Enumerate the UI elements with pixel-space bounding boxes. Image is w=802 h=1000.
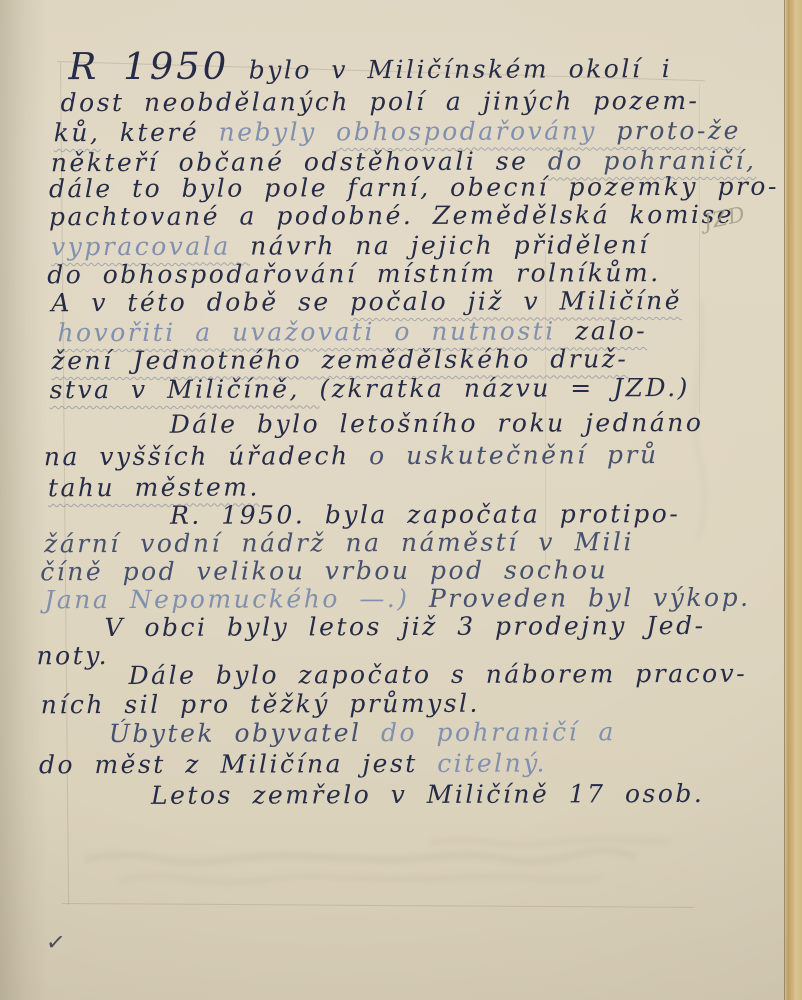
text-segment: žární vodní nádrž na náměstí v Mili [44,527,634,558]
manuscript-text: R 1950 bylo v Miličínském okolí idost ne… [0,0,802,1000]
text-segment: ních sil pro těžký průmysl. [41,689,480,720]
text-segment: A v této době se [51,287,350,317]
handwritten-line: dále to bylo pole farní, obecní pozemky … [49,173,779,203]
handwritten-line: Dále bylo započato s náborem pracov- [129,660,748,690]
handwritten-line: R. 1950. byla započata protipo- [170,500,680,529]
handwritten-line: pachtované a podobné. Zemědělská komise [49,201,734,231]
text-segment: Proveden byl výkop. [429,583,751,613]
text-segment: Dále bylo letošního roku jednáno [170,408,704,439]
text-segment: nebyly [219,117,337,146]
handwritten-line: hovořiti a uvažovati o nutnosti zalo- [57,317,647,347]
text-segment: Jana Nepomuckého —.) [44,584,429,614]
text-segment: proto-že [616,116,741,145]
text-segment: vypracovala [51,232,250,262]
text-segment: tahu městem. [48,472,260,502]
handwritten-line: stva v Miličíně, (zkratka názvu = JZD.) [50,374,690,404]
handwritten-line: dost neobdělaných polí a jiných pozem- [61,87,700,117]
handwritten-line: do měst z Miličína jest citelný. [39,749,547,778]
handwritten-line: číně pod velikou vrbou pod sochou [40,556,608,585]
handwritten-line: ků, které nebyly obhospodařovány proto-ž… [54,117,741,147]
handwritten-line: Úbytek obyvatel do pohraničí a [109,718,616,747]
handwritten-line: na vyšších úřadech o uskutečnění prů [44,441,659,471]
text-segment: Úbytek obyvatel [109,718,381,748]
text-segment: V obci byly letos již 3 prodejny Jed- [104,611,705,642]
handwritten-line: Dále bylo letošního roku jednáno [170,409,704,438]
text-segment: (zkratka názvu = JZD.) [319,373,690,403]
handwritten-line: žení Jednotného zemědělského druž- [51,345,628,375]
handwritten-line: do obhospodařování místním rolníkům. [47,259,660,289]
handwritten-line: Letos zemřelo v Miličíně 17 osob. [151,780,704,809]
check-mark: ✓ [45,929,67,957]
text-segment: hovořiti a uvažovati o nutnosti [57,316,575,347]
handwritten-line: Jana Nepomuckého —.) Proveden byl výkop. [44,584,750,614]
text-segment: do obhospodařování místním rolníkům. [47,258,661,289]
handwritten-line: V obci byly letos již 3 prodejny Jed- [104,612,705,642]
handwritten-line: ních sil pro těžký průmysl. [41,690,480,719]
handwritten-line: R 1950 bylo v Miličínském okolí i [68,45,672,88]
text-segment: do měst z Miličína jest [39,749,437,779]
text-segment: stva v Miličíně, [50,374,320,404]
text-segment: citelný. [437,748,547,777]
text-segment: počalo již v Miličíně [350,286,682,316]
handwritten-line: noty. [36,642,109,670]
text-segment: žení Jednotného zemědělského druž- [51,344,628,375]
handwritten-line: tahu městem. [48,473,260,501]
text-segment: které [100,118,218,147]
text-segment: bylo v Miličínském okolí i [229,54,672,85]
text-segment: Dále bylo započato s náborem pracov- [129,659,748,690]
text-segment: Letos zemřelo v Miličíně 17 osob. [151,779,704,810]
text-segment: pachtované a podobné. Zemědělská komise [49,200,734,231]
handwritten-line: vypracovala návrh na jejich přidělení [51,231,650,261]
text-segment: zalo- [575,316,647,345]
text-segment: dále to bylo pole farní, obecní pozemky … [49,172,779,204]
text-segment: ků, [54,118,101,147]
text-segment: dost neobdělaných polí a jiných pozem- [61,86,700,117]
handwritten-line: A v této době se počalo již v Miličíně [51,287,682,317]
text-segment: o uskutečnění prů [369,440,659,470]
handwritten-line: žární vodní nádrž na náměstí v Mili [44,528,634,558]
text-segment: do pohraničí a [381,717,616,747]
text-segment: R 1950 [68,45,229,89]
scanned-chronicle-page: R 1950 bylo v Miličínském okolí idost ne… [0,0,802,1000]
text-segment: na vyšších úřadech [44,441,369,471]
text-segment: R. 1950. byla započata protipo- [170,499,680,530]
text-segment: obhospodařovány [336,116,616,146]
text-segment: návrh na jejich přidělení [250,230,650,260]
text-segment: číně pod velikou vrbou pod sochou [40,555,608,586]
text-segment: noty. [36,641,109,670]
